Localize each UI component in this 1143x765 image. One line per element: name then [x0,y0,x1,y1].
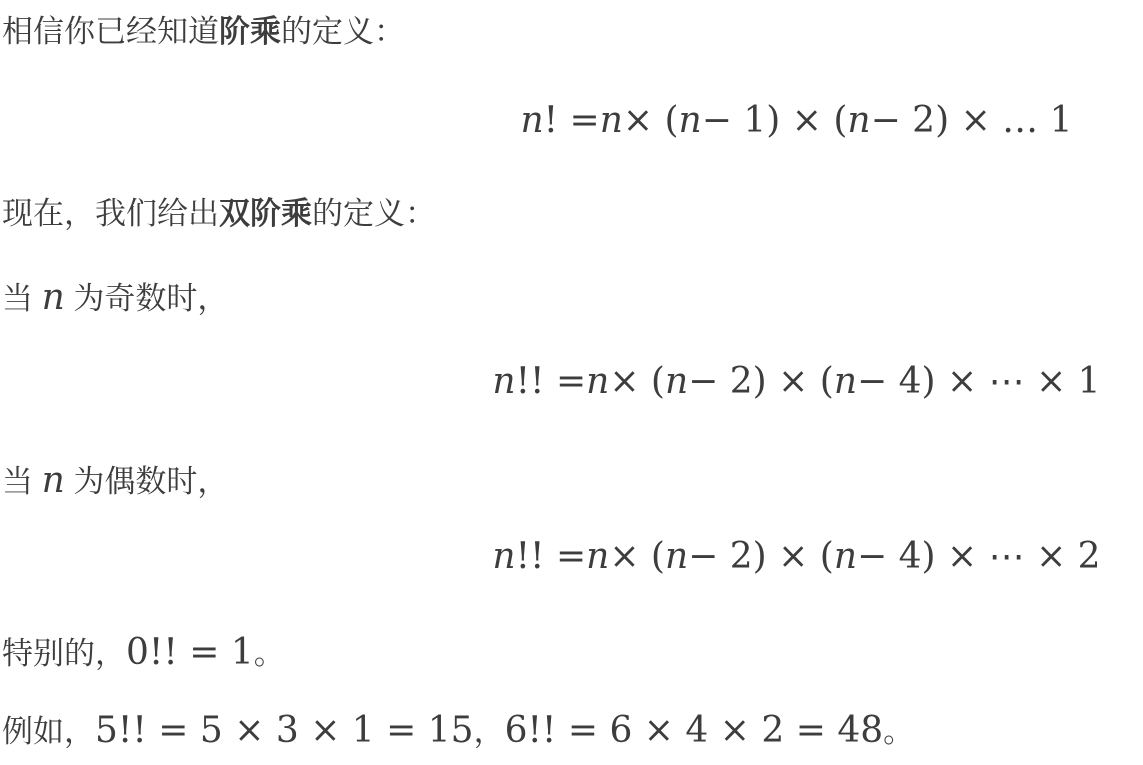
math-variable-segment: n [847,95,870,147]
math-variable-segment: n [492,356,515,408]
text-segment: 相信你已经知道 [2,14,219,49]
text-segment: 。 [883,714,914,749]
math-segment: !! = [516,356,587,408]
paragraph-odd-case: 当 n 为奇数时， [2,276,228,321]
math-variable-segment: n [679,95,702,147]
formula-double-factorial-even: n!! = n × (n − 2) × (n − 4) × ⋯ × 2 [450,531,1143,583]
math-segment: × ( [609,531,665,583]
math-segment: − 4) × ⋯ × 2 [857,531,1101,583]
math-segment: ! = [544,95,600,147]
math-variable-segment: n [600,95,623,147]
math-segment: × ( [623,95,679,147]
text-segment: 例如， [2,714,95,749]
math-segment: 5!! = 5 × 3 × 1 = 15 [95,710,474,751]
math-variable-segment: n [586,356,609,408]
math-variable-segment: n [665,531,688,583]
bold-text-segment: 阶乘 [219,14,281,49]
paragraph-special-case: 特别的，0!! = 1。 [2,631,285,676]
bold-text-segment: 双阶乘 [219,196,312,231]
paragraph-double-factorial-intro: 现在，我们给出双阶乘的定义： [2,192,436,236]
math-variable-segment: n [586,531,609,583]
text-segment: 的定义： [281,14,405,49]
math-segment: 0!! = 1 [126,632,254,673]
math-segment: × ( [609,356,665,408]
math-segment: − 4) × ⋯ × 1 [857,356,1101,408]
text-segment: ， [474,714,505,749]
text-segment: 当 [2,464,42,499]
paragraph-examples: 例如，5!! = 5 × 3 × 1 = 15，6!! = 6 × 4 × 2 … [2,709,914,754]
math-segment: − 2) × … 1 [871,95,1073,147]
math-segment: − 2) × ( [688,356,834,408]
document-page: 相信你已经知道阶乘的定义： n! = n × (n − 1) × (n − 2)… [0,0,1143,765]
text-segment: 的定义： [312,196,436,231]
math-segment: 6!! = 6 × 4 × 2 = 48 [505,710,884,751]
math-variable-segment: n [834,531,857,583]
text-segment: 。 [254,636,285,671]
math-variable-segment: n [834,356,857,408]
math-variable-segment: n [42,277,65,318]
math-variable-segment: n [520,95,543,147]
math-segment: − 2) × ( [688,531,834,583]
math-variable-segment: n [665,356,688,408]
text-segment: 特别的， [2,636,126,671]
math-segment: !! = [516,531,587,583]
text-segment: 为奇数时， [65,281,229,316]
formula-factorial: n! = n × (n − 1) × (n − 2) × … 1 [450,95,1143,147]
formula-double-factorial-odd: n!! = n × (n − 2) × (n − 4) × ⋯ × 1 [450,356,1143,408]
text-segment: 现在，我们给出 [2,196,219,231]
math-variable-segment: n [492,531,515,583]
math-variable-segment: n [42,460,65,501]
text-segment: 为偶数时， [65,464,229,499]
text-segment: 当 [2,281,42,316]
paragraph-even-case: 当 n 为偶数时， [2,459,228,504]
paragraph-factorial-intro: 相信你已经知道阶乘的定义： [2,10,405,54]
math-segment: − 1) × ( [702,95,848,147]
